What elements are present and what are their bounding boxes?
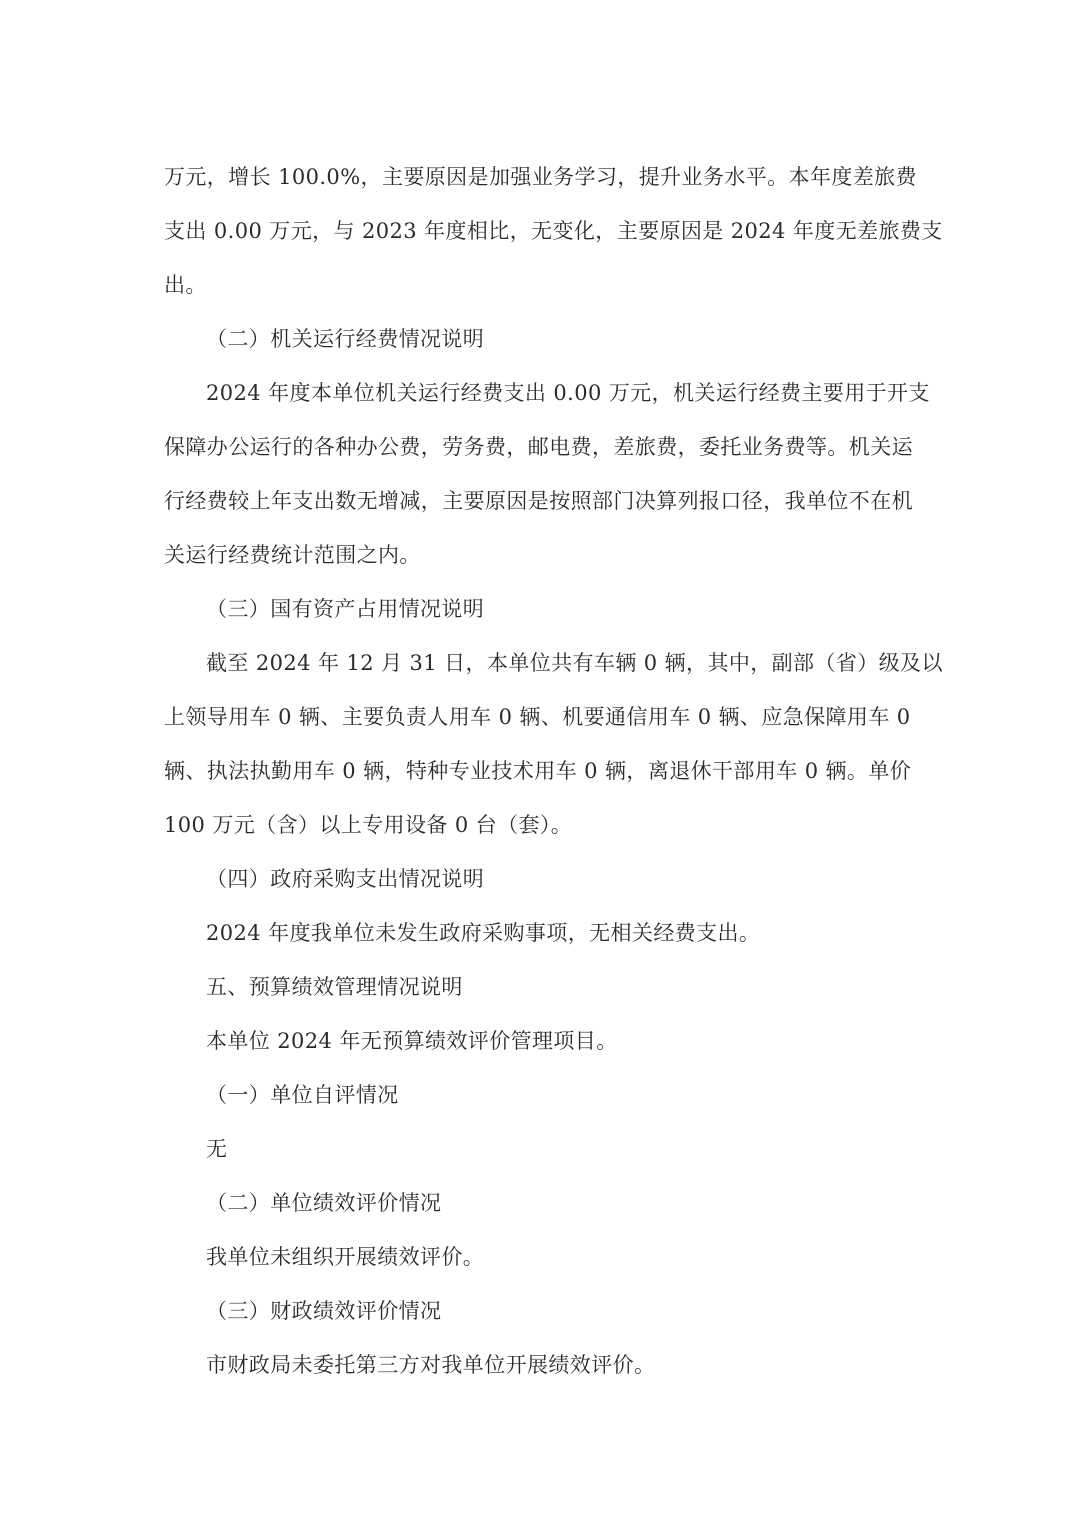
paragraph-line: 保障办公运行的各种办公费，劳务费，邮电费，差旅费，委托业务费等。机关运 bbox=[164, 420, 914, 474]
paragraph-line: 上领导用车 0 辆、主要负责人用车 0 辆、机要通信用车 0 辆、应急保障用车 … bbox=[164, 690, 914, 744]
paragraph-line: 本单位 2024 年无预算绩效评价管理项目。 bbox=[164, 1014, 914, 1068]
paragraph-line: 关运行经费统计范围之内。 bbox=[164, 528, 914, 582]
section-heading-state-assets: （三）国有资产占用情况说明 bbox=[164, 582, 914, 636]
paragraph-line: 万元，增长 100.0%，主要原因是加强业务学习，提升业务水平。本年度差旅费 bbox=[164, 150, 914, 204]
paragraph-line: 截至 2024 年 12 月 31 日，本单位共有车辆 0 辆，其中，副部（省）… bbox=[164, 636, 914, 690]
section-heading-admin-expenses: （二）机关运行经费情况说明 bbox=[164, 312, 914, 366]
paragraph-line: 市财政局未委托第三方对我单位开展绩效评价。 bbox=[164, 1338, 914, 1392]
section-heading-performance-management: 五、预算绩效管理情况说明 bbox=[164, 960, 914, 1014]
paragraph-line: 100 万元（含）以上专用设备 0 台（套）。 bbox=[164, 798, 914, 852]
paragraph-line: 我单位未组织开展绩效评价。 bbox=[164, 1230, 914, 1284]
paragraph-line: 出。 bbox=[164, 258, 914, 312]
paragraph-line: 2024 年度我单位未发生政府采购事项，无相关经费支出。 bbox=[164, 906, 914, 960]
section-heading-self-evaluation: （一）单位自评情况 bbox=[164, 1068, 914, 1122]
section-heading-fiscal-evaluation: （三）财政绩效评价情况 bbox=[164, 1284, 914, 1338]
paragraph-line: 无 bbox=[164, 1122, 914, 1176]
document-body: 万元，增长 100.0%，主要原因是加强业务学习，提升业务水平。本年度差旅费 支… bbox=[164, 150, 914, 1392]
paragraph-line: 行经费较上年支出数无增减，主要原因是按照部门决算列报口径，我单位不在机 bbox=[164, 474, 914, 528]
paragraph-line: 支出 0.00 万元，与 2023 年度相比，无变化，主要原因是 2024 年度… bbox=[164, 204, 914, 258]
paragraph-line: 2024 年度本单位机关运行经费支出 0.00 万元，机关运行经费主要用于开支 bbox=[164, 366, 914, 420]
section-heading-gov-procurement: （四）政府采购支出情况说明 bbox=[164, 852, 914, 906]
paragraph-line: 辆、执法执勤用车 0 辆，特种专业技术用车 0 辆，离退休干部用车 0 辆。单价 bbox=[164, 744, 914, 798]
document-page: 万元，增长 100.0%，主要原因是加强业务学习，提升业务水平。本年度差旅费 支… bbox=[0, 0, 1074, 1520]
section-heading-unit-evaluation: （二）单位绩效评价情况 bbox=[164, 1176, 914, 1230]
